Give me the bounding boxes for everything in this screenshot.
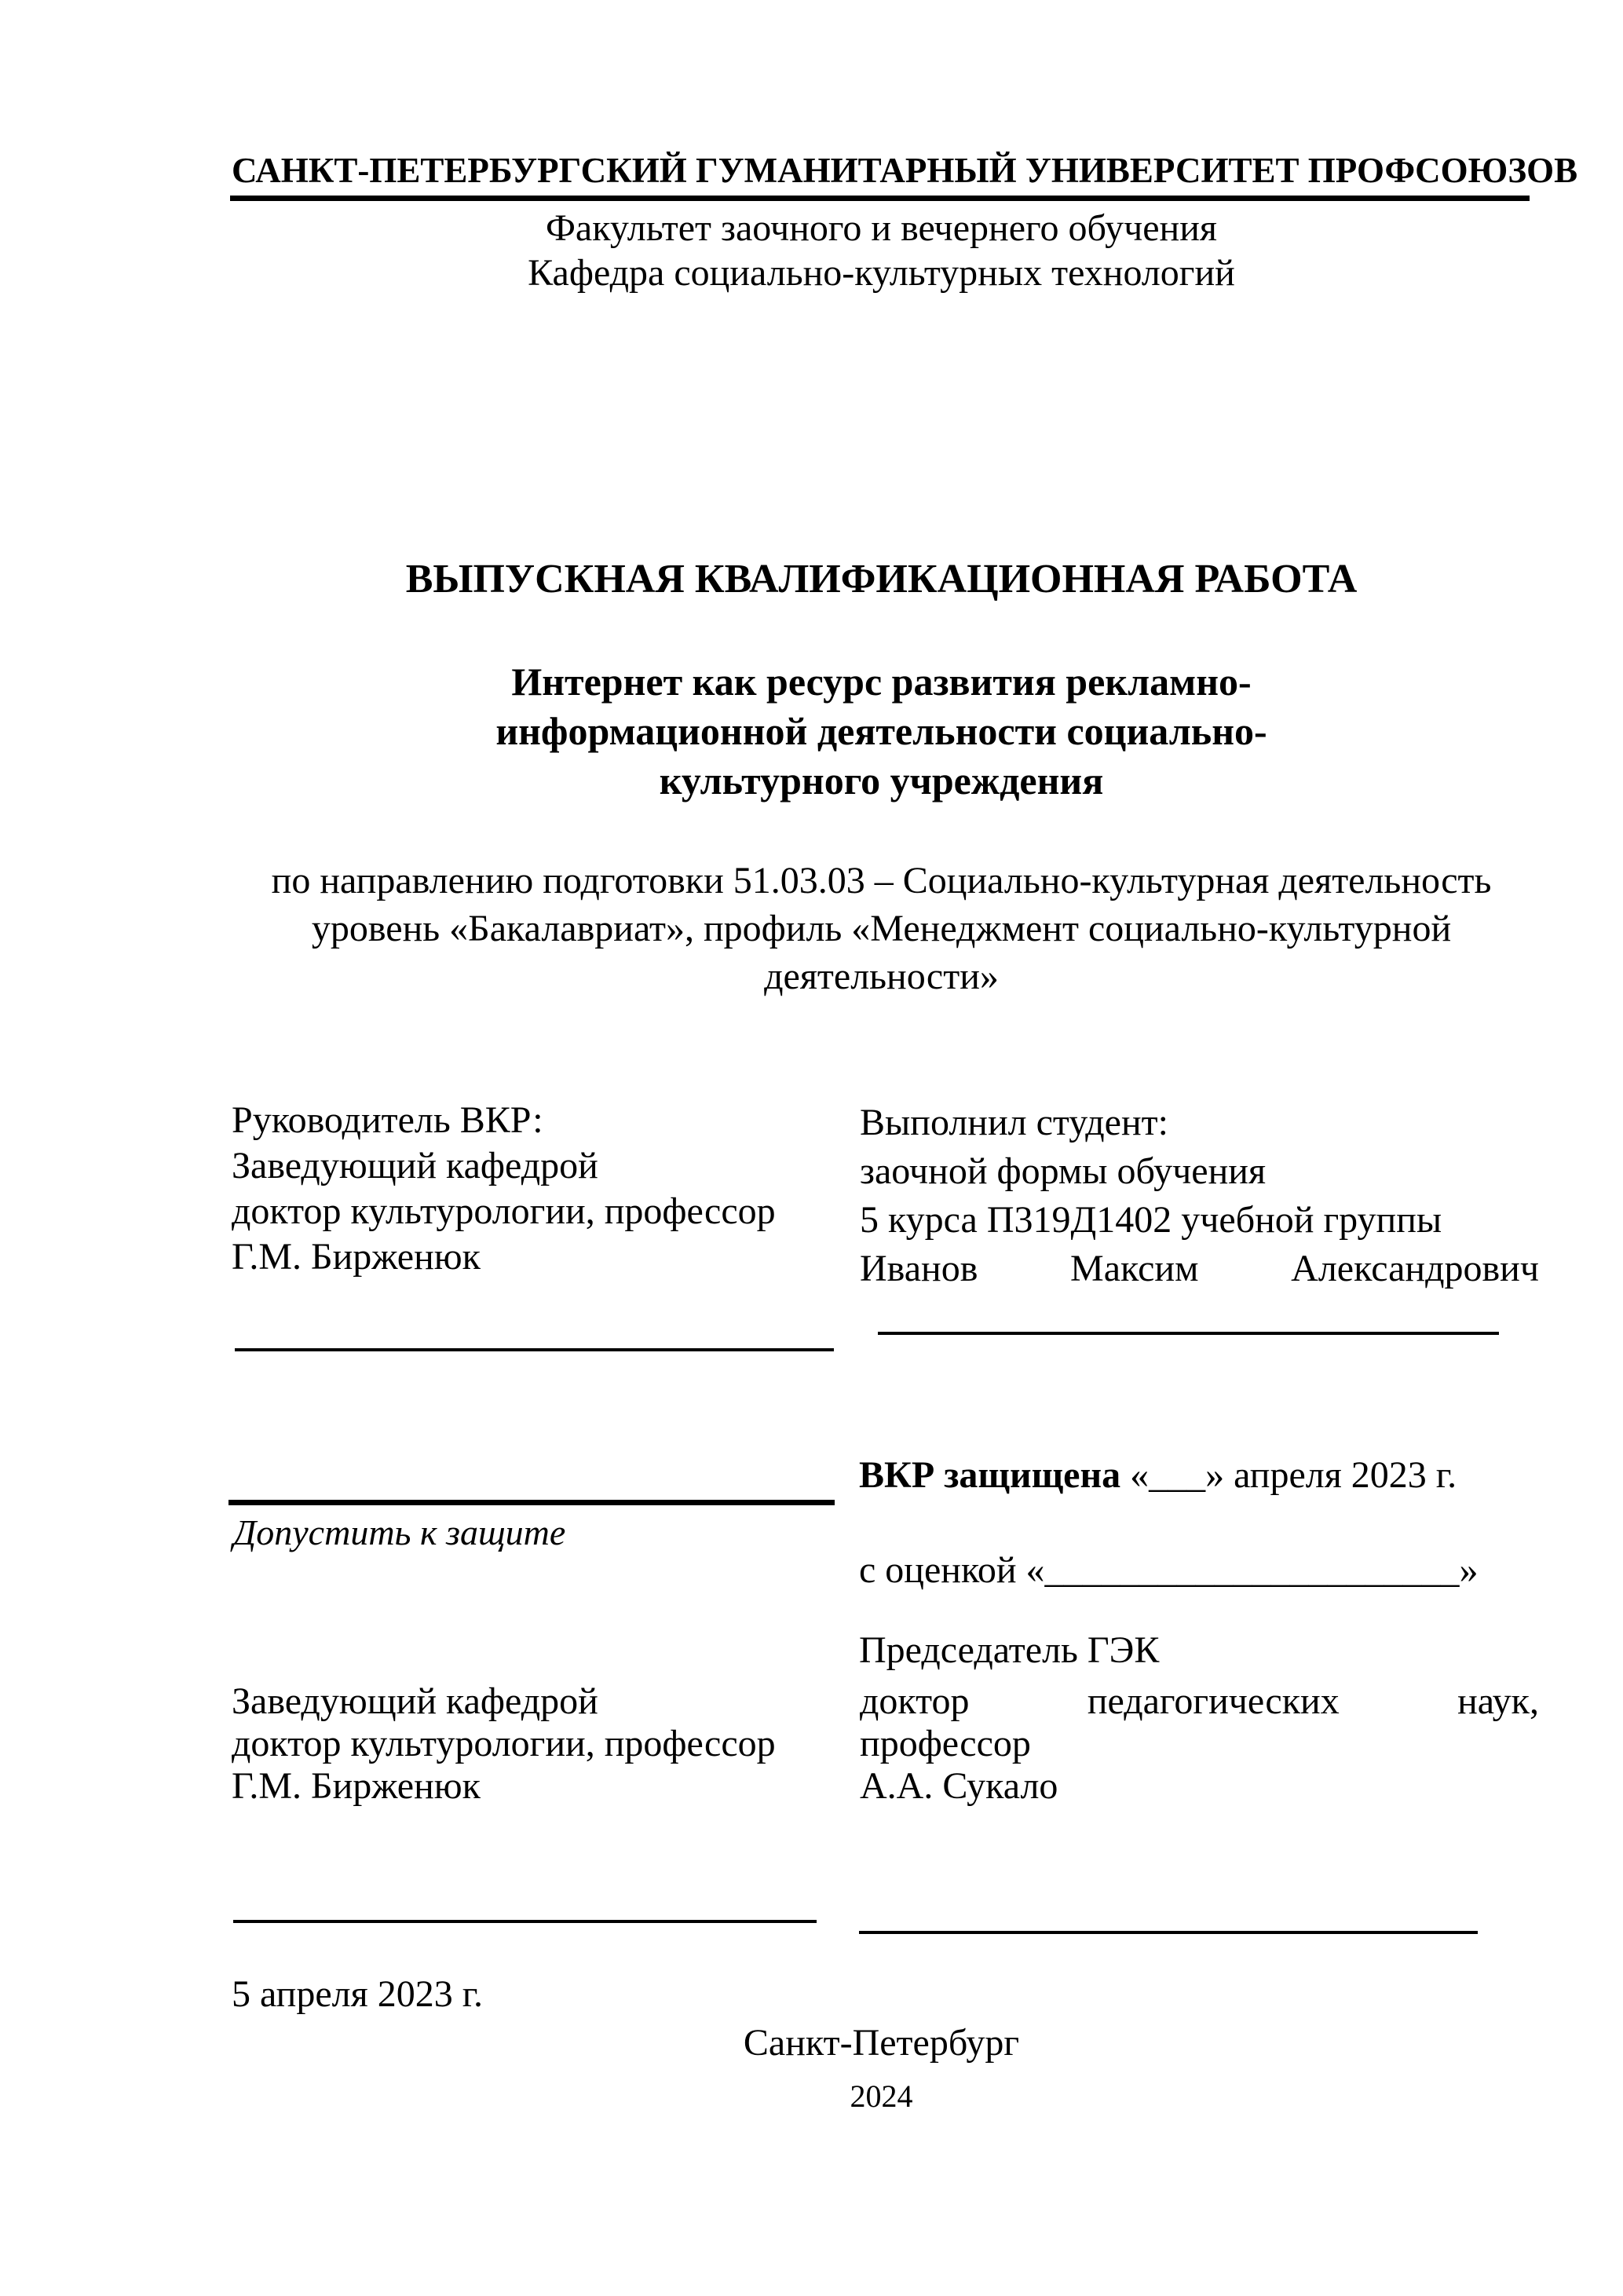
thesis-title: Интернет как ресурс развития рекламно- и… [232, 657, 1531, 806]
supervisor-name: Г.М. Бирженюк [232, 1234, 836, 1280]
work-type-heading: ВЫПУСКНАЯ КВАЛИФИКАЦИОННАЯ РАБОТА [232, 556, 1531, 602]
city-name: Санкт-Петербург [232, 2021, 1531, 2064]
student-middle-name: Александрович [1291, 1245, 1539, 1293]
committee-degree-second: профессор [860, 1723, 1539, 1765]
committee-chair-name: А.А. Сукало [860, 1765, 1539, 1808]
signing-date: 5 апреля 2023 г. [232, 1972, 483, 2016]
head-name: Г.М. Бирженюк [232, 1765, 836, 1808]
committee-signature-line [859, 1931, 1478, 1934]
program-line: деятельности» [232, 952, 1531, 1000]
supervisor-degree: доктор культурологии, профессор [232, 1189, 836, 1234]
head-degree: доктор культурологии, профессор [232, 1723, 836, 1765]
department-name: Кафедра социально-культурных технологий [232, 250, 1531, 296]
admission-rule [228, 1500, 835, 1505]
committee-chair-section: доктор педагогических наук, профессор А.… [860, 1680, 1539, 1808]
head-signature-line [233, 1920, 817, 1923]
student-first-name: Максим [1070, 1245, 1198, 1293]
faculty-name: Факультет заочного и вечернего обучения [232, 206, 1531, 251]
student-last-name: Иванов [860, 1245, 978, 1293]
student-label: Выполнил студент: [860, 1099, 1539, 1147]
committee-chair-label: Председатель ГЭК [859, 1629, 1159, 1672]
thesis-title-line: Интернет как ресурс развития рекламно- [232, 657, 1531, 707]
thesis-title-line: информационной деятельности социально- [232, 707, 1531, 756]
grade-line: с оценкой «______________________» [859, 1548, 1479, 1592]
student-group: 5 курса П319Д1402 учебной группы [860, 1196, 1539, 1245]
program-line: по направлению подготовки 51.03.03 – Соц… [232, 857, 1531, 905]
department-head-section: Заведующий кафедрой доктор культурологии… [232, 1680, 836, 1808]
supervisor-position: Заведующий кафедрой [232, 1143, 836, 1189]
defense-date-label: ВКР защищена [859, 1454, 1120, 1496]
committee-degree-word: наук, [1457, 1680, 1539, 1723]
thesis-title-line: культурного учреждения [232, 756, 1531, 806]
committee-degree-word: доктор [860, 1680, 969, 1723]
student-section: Выполнил студент: заочной формы обучения… [860, 1099, 1539, 1293]
program-info: по направлению подготовки 51.03.03 – Соц… [232, 857, 1531, 1000]
supervisor-signature-line [235, 1348, 834, 1351]
student-form: заочной формы обучения [860, 1147, 1539, 1196]
head-position: Заведующий кафедрой [232, 1680, 836, 1723]
year-label: 2024 [232, 2078, 1531, 2115]
university-name: САНКТ-ПЕТЕРБУРГСКИЙ ГУМАНИТАРНЫЙ УНИВЕРС… [232, 149, 1531, 192]
defense-date-line: ВКР защищена «___» апреля 2023 г. [859, 1453, 1457, 1497]
student-signature-line [878, 1332, 1499, 1335]
defense-date-value: «___» апреля 2023 г. [1120, 1454, 1457, 1496]
program-line: уровень «Бакалавриат», профиль «Менеджме… [232, 905, 1531, 952]
header-rule [230, 196, 1530, 201]
supervisor-section: Руководитель ВКР: Заведующий кафедрой до… [232, 1098, 836, 1280]
supervisor-label: Руководитель ВКР: [232, 1098, 836, 1143]
committee-degree-word: педагогических [1087, 1680, 1340, 1723]
admission-label: Допустить к защите [233, 1512, 565, 1553]
student-name: Иванов Максим Александрович [860, 1245, 1539, 1293]
thesis-title-page: САНКТ-ПЕТЕРБУРГСКИЙ ГУМАНИТАРНЫЙ УНИВЕРС… [0, 0, 1623, 2296]
committee-degree-line: доктор педагогических наук, [860, 1680, 1539, 1723]
